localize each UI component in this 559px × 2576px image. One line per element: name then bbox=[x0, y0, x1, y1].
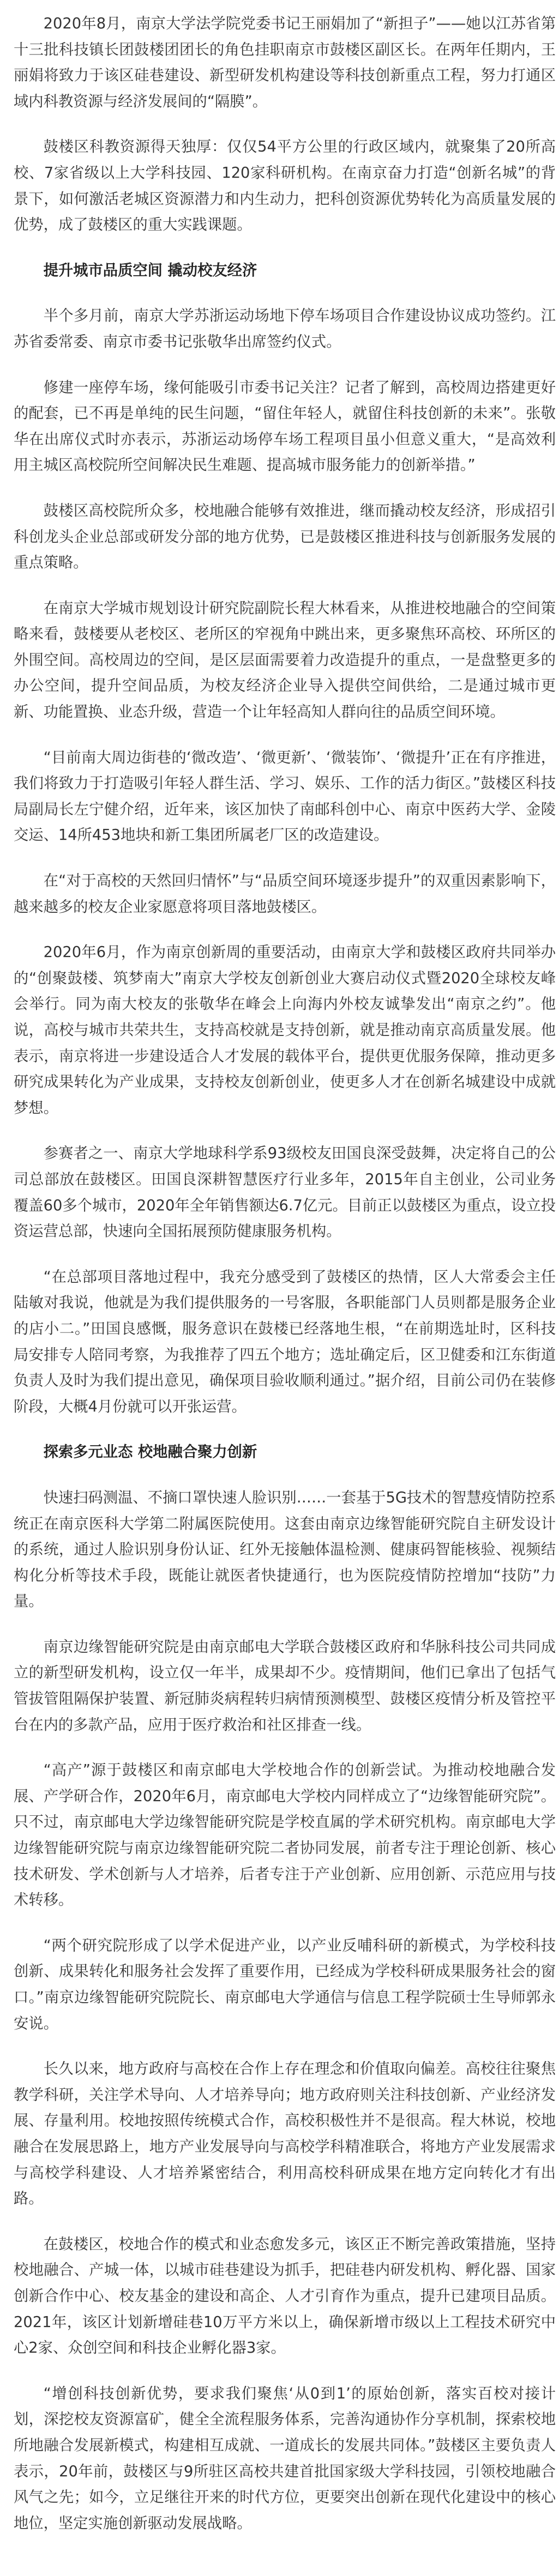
article-paragraph: 2020年8月，南京大学法学院党委书记王丽娟加了“新担子”——她以江苏省第十三批… bbox=[14, 11, 556, 114]
article-paragraph: 半个多月前，南京大学苏浙运动场地下停车场项目合作建设协议成功签约。江苏省委常委、… bbox=[14, 303, 556, 355]
article-paragraph: 鼓楼区科教资源得天独厚：仅仅54平方公里的行政区域内，就聚集了20所高校、7家省… bbox=[14, 134, 556, 238]
article-paragraph: 长久以来，地方政府与高校在合作上存在理念和价值取向偏差。高校往往聚焦教学科研，关… bbox=[14, 2056, 556, 2212]
article-paragraph: 2020年6月，作为南京创新周的重要活动，由南京大学和鼓楼区政府共同举办的“创聚… bbox=[14, 940, 556, 1121]
article-paragraph: 快速扫码测温、不摘口罩快速人脸识别……一套基于5G技术的智慧疫情防控系统正在南京… bbox=[14, 1485, 556, 1615]
article-paragraph: 在“对于高校的天然回归情怀”与“品质空间环境逐步提升”的双重因素影响下，越来越多… bbox=[14, 868, 556, 920]
article-paragraph: 南京边缘智能研究院是由南京邮电大学联合鼓楼区政府和华脉科技公司共同成立的新型研发… bbox=[14, 1634, 556, 1738]
section-heading: 提升城市品质空间 撬动校友经济 bbox=[14, 258, 556, 284]
article-paragraph: “增创科技创新优势，要求我们聚焦‘从0到1’的原始创新，落实百校对接计划，深挖校… bbox=[14, 2381, 556, 2537]
article-paragraph: “目前南大周边街巷的‘微改造’、‘微更新’、‘微装饰’、‘微提升’正在有序推进，… bbox=[14, 745, 556, 848]
article-paragraph: “两个研究院形成了以学术促进产业，以产业反哺科研的新模式，为学校科技创新、成果转… bbox=[14, 1933, 556, 2036]
article-paragraph: 参赛者之一、南京大学地球科学系93级校友田国良深受鼓舞，决定将自己的公司总部放在… bbox=[14, 1141, 556, 1244]
article-paragraph: 鼓楼区高校院所众多，校地融合能够有效推进，继而撬动校友经济，形成招引科创龙头企业… bbox=[14, 498, 556, 576]
article-paragraph: “高产”源于鼓楼区和南京邮电大学校地合作的创新尝试。为推动校地融合发展、产学研合… bbox=[14, 1757, 556, 1913]
article-paragraph: 在鼓楼区，校地合作的模式和业态愈发多元，该区正不断完善政策措施，坚持校地融合、产… bbox=[14, 2232, 556, 2361]
article-paragraph: 修建一座停车场，缘何能吸引市委书记关注？记者了解到，高校周边搭建更好的配套，已不… bbox=[14, 375, 556, 478]
section-heading: 探索多元业态 校地融合聚力创新 bbox=[14, 1439, 556, 1465]
article-body: 2020年8月，南京大学法学院党委书记王丽娟加了“新担子”——她以江苏省第十三批… bbox=[0, 0, 559, 2536]
article-paragraph: “在总部项目落地过程中，我充分感受到了鼓楼区的热情，区人大常委会主任陆敏对我说，… bbox=[14, 1264, 556, 1420]
article-paragraph: 在南京大学城市规划设计研究院副院长程大林看来，从推进校地融合的空间策略来看，鼓楼… bbox=[14, 596, 556, 725]
